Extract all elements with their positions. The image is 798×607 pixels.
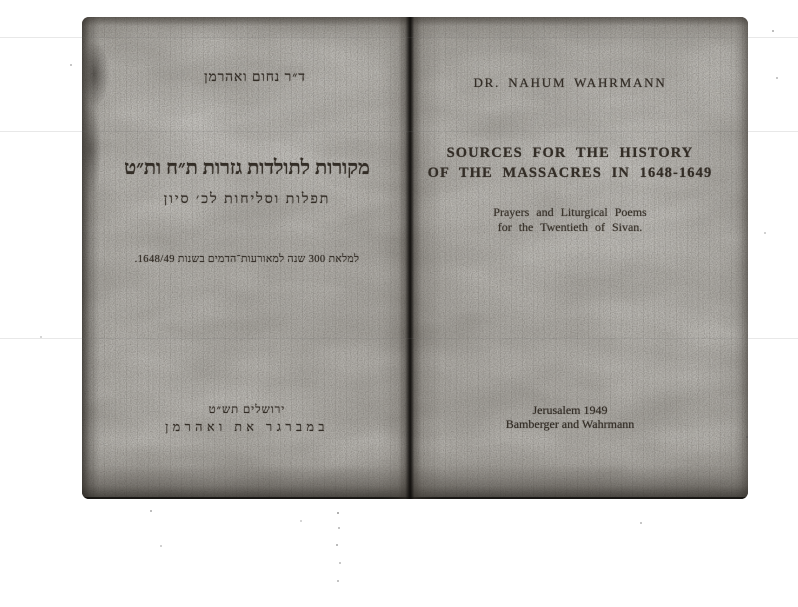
hebrew-anniversary-note: למלאת 300 שנה למאורעות־הדמים בשנות 1648/… — [82, 254, 412, 265]
margin-specks — [0, 0, 2, 2]
scanned-image: ד״ר נחום ואהרמן מקורות לתולדות גזרות ת״ח… — [0, 0, 798, 607]
english-subtitle-line2: for the Twentieth of Sivan. — [402, 220, 738, 235]
english-subtitle: Prayers and Liturgical Poems for the Twe… — [402, 205, 738, 235]
hebrew-author-line: ד״ר נחום ואהרמן — [98, 69, 412, 85]
english-imprint: Jerusalem 1949 Bamberger and Wahrmann — [402, 403, 738, 431]
right-page-english: DR. NAHUM WAHRMANN SOURCES FOR THE HISTO… — [402, 17, 738, 499]
english-subtitle-line1: Prayers and Liturgical Poems — [402, 205, 738, 220]
english-title: SOURCES FOR THE HISTORY OF THE MASSACRES… — [402, 143, 738, 183]
book-spread-scan: ד״ר נחום ואהרמן מקורות לתולדות גזרות ת״ח… — [82, 17, 748, 499]
imprint-place-year: Jerusalem 1949 — [402, 403, 738, 417]
english-author-line: DR. NAHUM WAHRMANN — [402, 75, 738, 91]
english-title-line2: OF THE MASSACRES IN 1648-1649 — [402, 163, 738, 183]
hebrew-title: מקורות לתולדות גזרות ת״ח ות״ט — [82, 157, 412, 180]
imprint-publisher: Bamberger and Wahrmann — [402, 417, 738, 431]
hebrew-imprint-publisher: במברגר את ואהרמן — [82, 420, 412, 435]
hebrew-subtitle: תפלות וסליחות לכ׳ סיון — [82, 192, 412, 208]
hebrew-imprint-place: ירושלים תש״ט — [82, 404, 412, 416]
english-title-line1: SOURCES FOR THE HISTORY — [402, 143, 738, 163]
left-page-hebrew: ד״ר נחום ואהרמן מקורות לתולדות גזרות ת״ח… — [82, 17, 412, 499]
